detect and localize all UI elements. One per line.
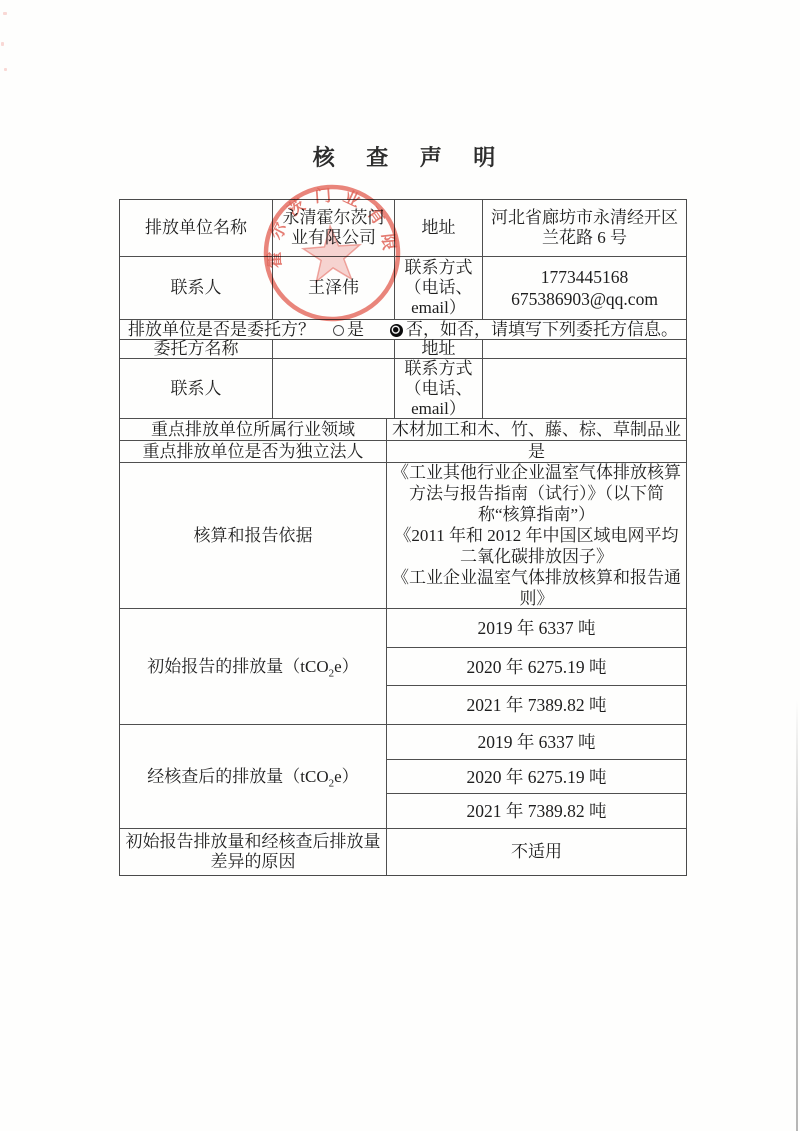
table-row-industry: 重点排放单位所属行业领域 木材加工和木、竹、藤、棕、草制品业 — [120, 419, 686, 441]
verified-emissions-2020: 2020 年 6275.19 吨 — [387, 760, 686, 795]
contact-label: 联系人 — [120, 257, 273, 319]
table-row-difference: 初始报告排放量和经核查后排放量差异的原因 不适用 — [120, 829, 686, 875]
table-row-client-question: 排放单位是否是委托方？ 是 否，如否，请填写下列委托方信息。 — [120, 320, 686, 340]
client-name-label: 委托方名称 — [120, 340, 273, 358]
initial-emissions-2019: 2019 年 6337 吨 — [387, 609, 686, 648]
option-no-label: 否，如否，请填写下列委托方信息。 — [406, 320, 678, 339]
basis-reference-2: 《2011 年和 2012 年中国区域电网平均二氧化碳排放因子》 — [390, 525, 683, 567]
initial-emissions-values: 2019 年 6337 吨 2020 年 6275.19 吨 2021 年 73… — [387, 609, 686, 724]
initial-emissions-2021: 2021 年 7389.82 吨 — [387, 686, 686, 724]
table-row-initial-emissions: 初始报告的排放量（tCO2e） 2019 年 6337 吨 2020 年 627… — [120, 609, 686, 725]
emitter-address-label: 地址 — [395, 200, 483, 256]
table-row-client-contact: 联系人 联系方式（电话、email） — [120, 359, 686, 419]
industry-label: 重点排放单位所属行业领域 — [120, 419, 387, 440]
industry-value: 木材加工和木、竹、藤、棕、草制品业 — [387, 419, 686, 440]
contact-email: 675386903@qq.com — [511, 288, 658, 310]
difference-value: 不适用 — [387, 829, 686, 875]
page-title: 核 查 声 明 — [120, 141, 688, 172]
client-address-label: 地址 — [395, 340, 483, 358]
contact-phone: 1773445168 — [541, 266, 629, 288]
client-question-cell: 排放单位是否是委托方？ 是 否，如否，请填写下列委托方信息。 — [120, 320, 686, 339]
document-page: 核 查 声 明 排放单位名称 永清霍尔茨门业有限公司 地址 河北省廊坊市永清经开… — [0, 0, 800, 1131]
emitter-address-value: 河北省廊坊市永清经开区兰花路 6 号 — [483, 200, 686, 256]
basis-reference-3: 《工业企业温室气体排放核算和报告通则》 — [390, 567, 683, 609]
basis-value: 《工业其他行业企业温室气体排放核算方法与报告指南（试行）》（以下简称“核算指南”… — [387, 463, 686, 608]
difference-label: 初始报告排放量和经核查后排放量差异的原因 — [120, 829, 387, 875]
option-yes: 是 — [333, 320, 364, 340]
client-contact-label: 联系人 — [120, 359, 273, 418]
initial-emissions-2020: 2020 年 6275.19 吨 — [387, 648, 686, 687]
table-row-client-name: 委托方名称 地址 — [120, 340, 686, 359]
initial-emissions-label: 初始报告的排放量（tCO2e） — [120, 609, 387, 724]
radio-unselected-icon — [333, 325, 344, 336]
table-row-legal-entity: 重点排放单位是否为独立法人 是 — [120, 441, 686, 463]
basis-reference-1: 《工业其他行业企业温室气体排放核算方法与报告指南（试行）》（以下简称“核算指南”… — [390, 462, 683, 525]
verified-emissions-label: 经核查后的排放量（tCO2e） — [120, 725, 387, 828]
client-contact-method-label: 联系方式（电话、email） — [395, 359, 483, 418]
verification-table: 排放单位名称 永清霍尔茨门业有限公司 地址 河北省廊坊市永清经开区兰花路 6 号… — [119, 199, 687, 876]
table-row-basis: 核算和报告依据 《工业其他行业企业温室气体排放核算方法与报告指南（试行）》（以下… — [120, 463, 686, 609]
client-contact-method-value — [483, 359, 686, 418]
table-row-emitter: 排放单位名称 永清霍尔茨门业有限公司 地址 河北省廊坊市永清经开区兰花路 6 号 — [120, 200, 686, 257]
scan-speck — [4, 68, 7, 71]
scan-edge-artifact — [796, 700, 798, 1131]
verified-emissions-2019: 2019 年 6337 吨 — [387, 725, 686, 760]
contact-method-value: 1773445168 675386903@qq.com — [483, 257, 686, 319]
client-question-text: 排放单位是否是委托方？ — [128, 320, 315, 340]
scan-speck — [3, 12, 7, 15]
client-contact-value — [273, 359, 395, 418]
verified-emissions-2021: 2021 年 7389.82 吨 — [387, 794, 686, 828]
contact-value: 王泽伟 — [273, 257, 395, 319]
option-no: 否，如否，请填写下列委托方信息。 — [390, 320, 678, 340]
legal-entity-value: 是 — [387, 441, 686, 462]
client-name-value — [273, 340, 395, 358]
basis-label: 核算和报告依据 — [120, 463, 387, 608]
client-address-value — [483, 340, 686, 358]
radio-selected-icon — [390, 324, 403, 337]
table-row-verified-emissions: 经核查后的排放量（tCO2e） 2019 年 6337 吨 2020 年 627… — [120, 725, 686, 829]
legal-entity-label: 重点排放单位是否为独立法人 — [120, 441, 387, 462]
contact-method-label: 联系方式（电话、email） — [395, 257, 483, 319]
emitter-name-value: 永清霍尔茨门业有限公司 — [273, 200, 395, 256]
option-yes-label: 是 — [347, 320, 364, 339]
table-row-contact: 联系人 王泽伟 联系方式（电话、email） 1773445168 675386… — [120, 257, 686, 320]
emitter-name-label: 排放单位名称 — [120, 200, 273, 256]
verified-emissions-values: 2019 年 6337 吨 2020 年 6275.19 吨 2021 年 73… — [387, 725, 686, 828]
scan-speck — [1, 42, 4, 46]
